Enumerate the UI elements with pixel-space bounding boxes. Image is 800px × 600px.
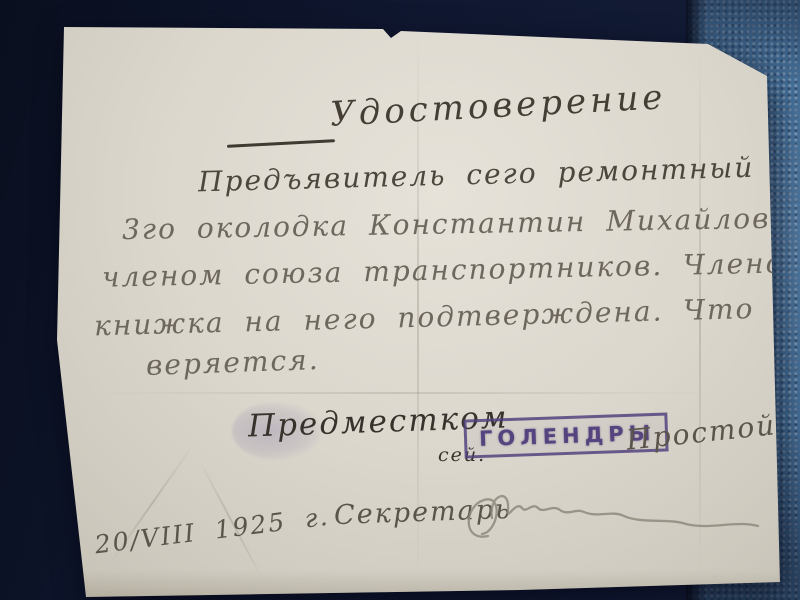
date: 20/VIII 1925 г. bbox=[93, 502, 331, 560]
body-line: Предъявитель сего ремонтный рабочий bbox=[198, 147, 800, 199]
body-line: веряется. bbox=[145, 343, 320, 382]
document-title: Удостоверение bbox=[329, 77, 667, 135]
secretary-signature bbox=[458, 478, 770, 558]
paper-surface: Удостоверение Предъявитель сего ремонтны… bbox=[0, 0, 800, 600]
body-line: членом союза транспортников. Членская bbox=[102, 245, 800, 293]
title-underline-flourish bbox=[227, 139, 335, 148]
fold-crease-horizontal bbox=[90, 392, 710, 394]
paper-sheet: Удостоверение Предъявитель сего ремонтны… bbox=[0, 0, 800, 600]
body-line: книжка на него подтверждена. Что и удо- bbox=[94, 289, 800, 343]
